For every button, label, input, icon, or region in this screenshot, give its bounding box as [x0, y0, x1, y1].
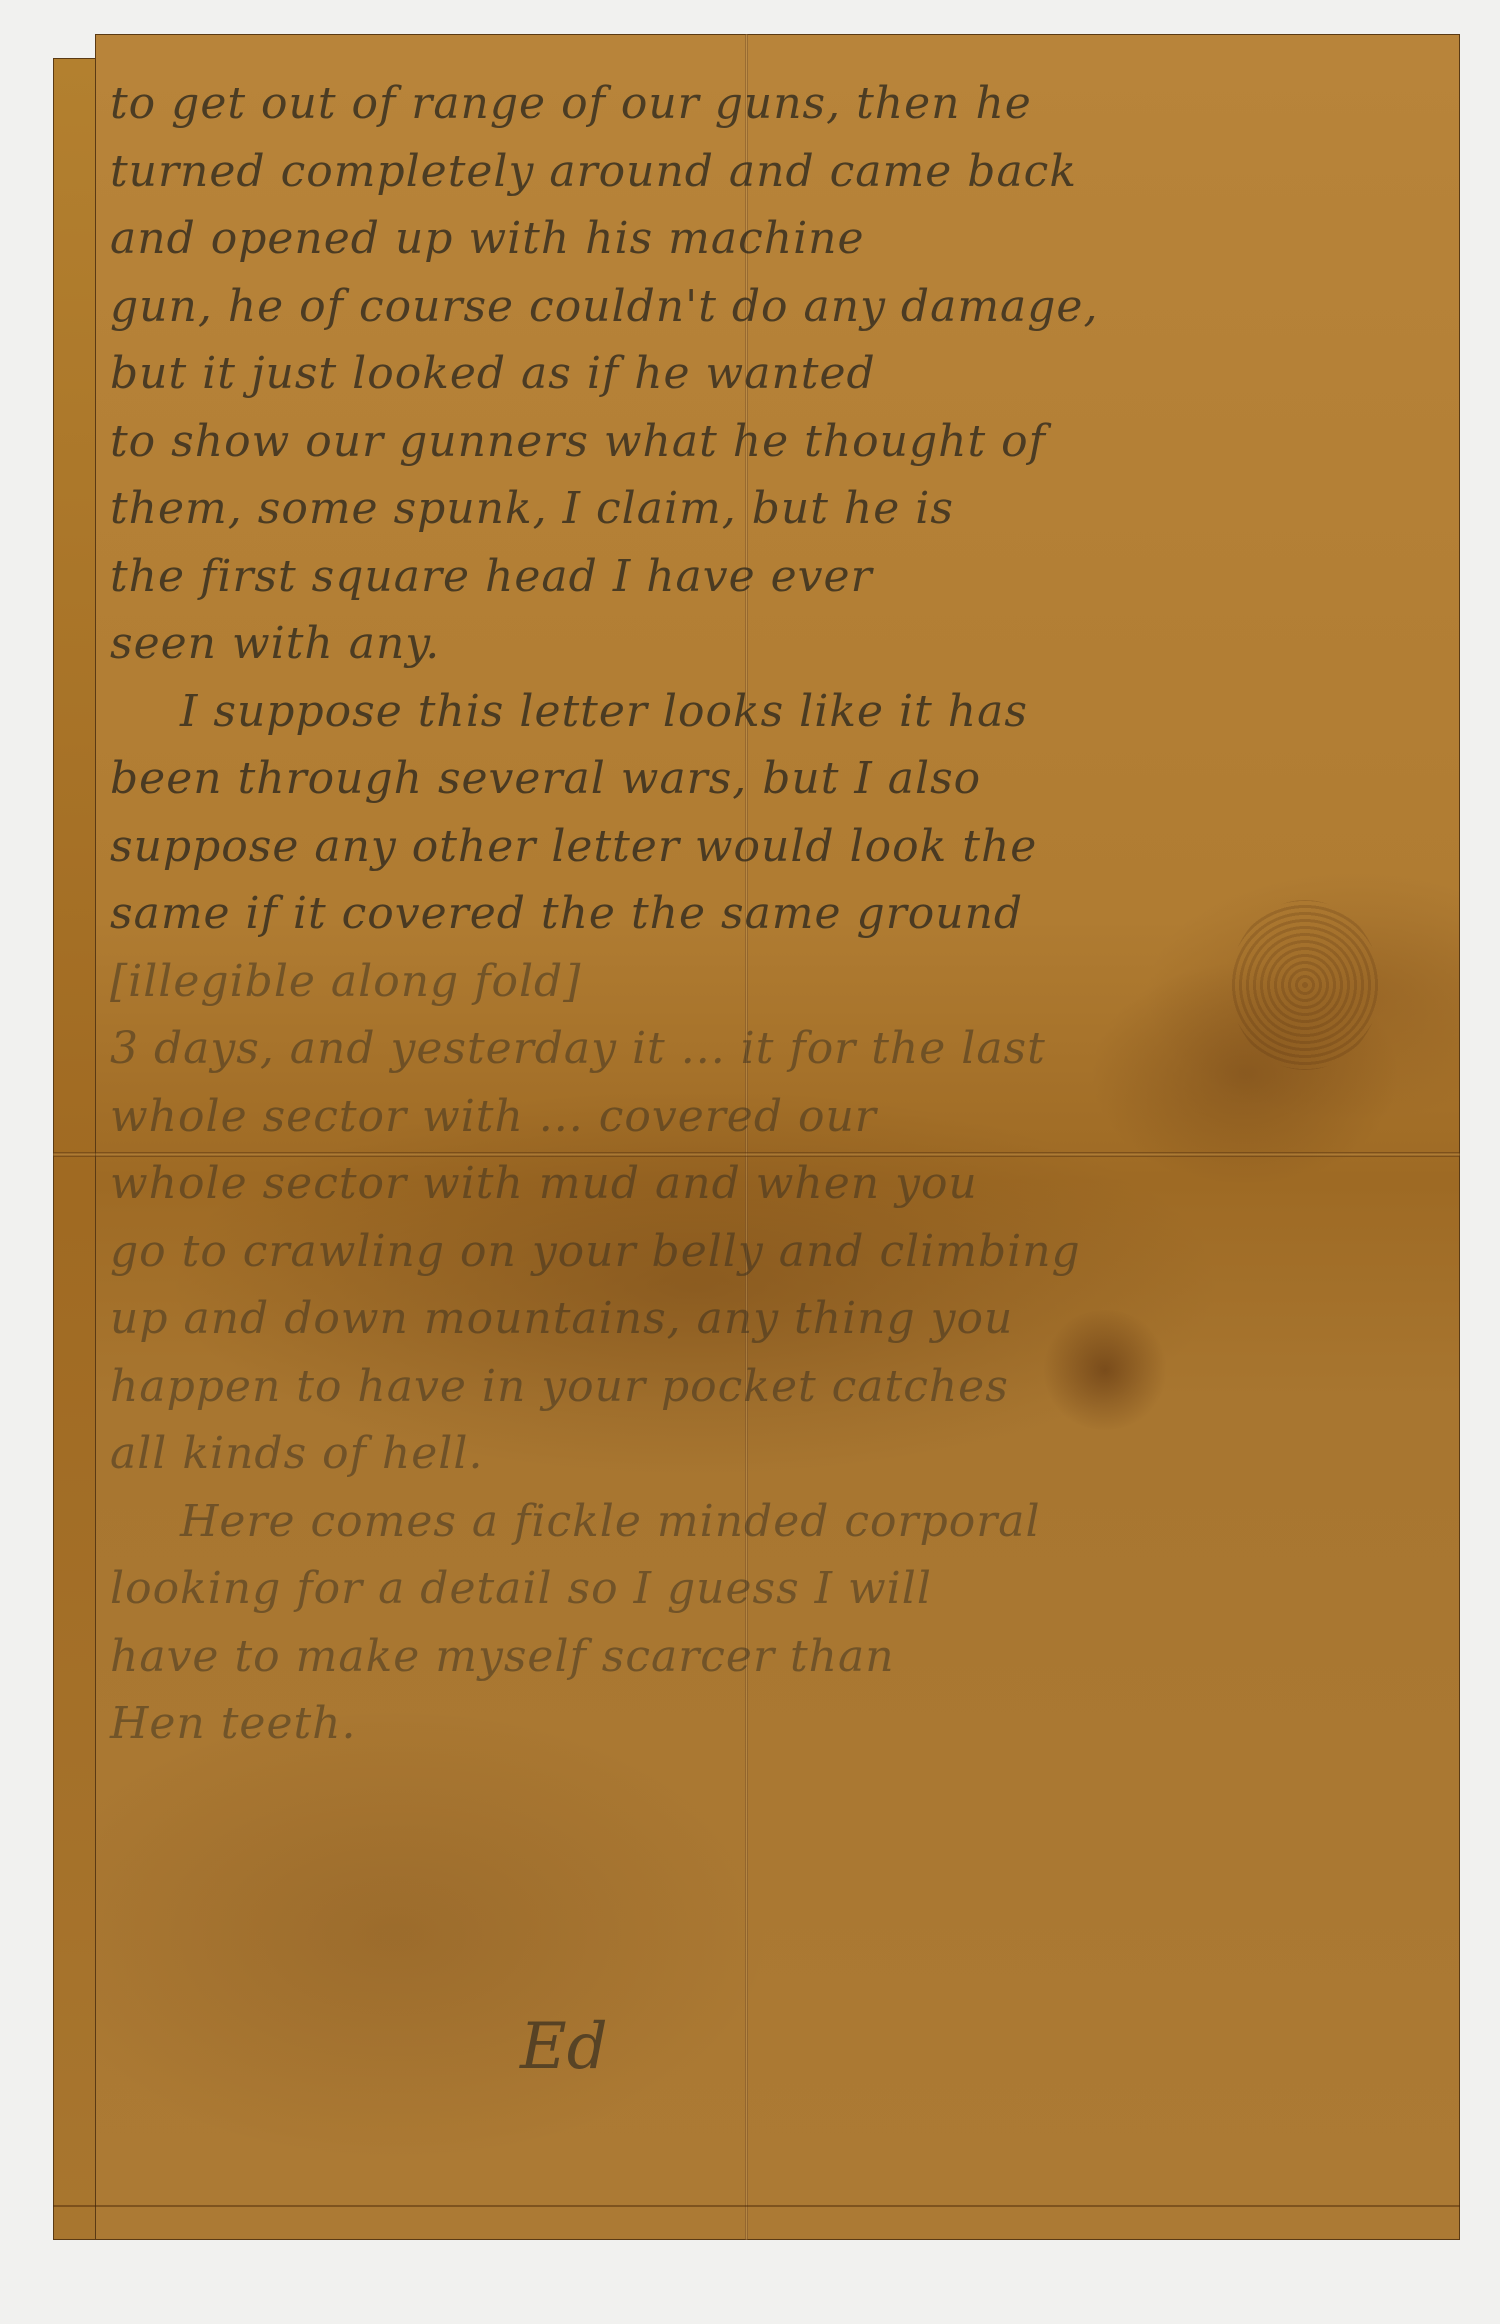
letter-line: gun, he of course couldn't do any damage…	[110, 273, 1450, 341]
letter-line: been through several wars, but I also	[110, 745, 1450, 813]
letter-line-illegible: [illegible along fold]	[110, 948, 1450, 1016]
letter-line: have to make myself scarcer than	[110, 1623, 1450, 1691]
letter-line: up and down mountains, any thing you	[110, 1285, 1450, 1353]
letter-line: Hen teeth.	[110, 1690, 1450, 1758]
letter-line: 3 days, and yesterday it ... it for the …	[110, 1015, 1450, 1083]
paragraph-start-line: Here comes a fickle minded corporal	[110, 1488, 1450, 1556]
signature: Ed	[520, 2010, 608, 2084]
letter-line: go to crawling on your belly and climbin…	[110, 1218, 1450, 1286]
letter-line: to get out of range of our guns, then he	[110, 70, 1450, 138]
letter-line: to show our gunners what he thought of	[110, 408, 1450, 476]
letter-line: all kinds of hell.	[110, 1420, 1450, 1488]
letter-line: suppose any other letter would look the	[110, 813, 1450, 881]
letter-line: happen to have in your pocket catches	[110, 1353, 1450, 1421]
letter-line: seen with any.	[110, 610, 1450, 678]
bottom-edge-crease	[53, 2205, 1460, 2207]
letter-line: whole sector with ... covered our	[110, 1083, 1450, 1151]
letter-line: and opened up with his machine	[110, 205, 1450, 273]
letter-line: but it just looked as if he wanted	[110, 340, 1450, 408]
paragraph-start-line: I suppose this letter looks like it has	[110, 678, 1450, 746]
letter-line: them, some spunk, I claim, but he is	[110, 475, 1450, 543]
letter-line: looking for a detail so I guess I will	[110, 1555, 1450, 1623]
letter-body: to get out of range of our guns, then he…	[110, 70, 1450, 1758]
letter-line: same if it covered the the same ground	[110, 880, 1450, 948]
letter-line: whole sector with mud and when you	[110, 1150, 1450, 1218]
letter-line: the first square head I have ever	[110, 543, 1450, 611]
letter-line: turned completely around and came back	[110, 138, 1450, 206]
